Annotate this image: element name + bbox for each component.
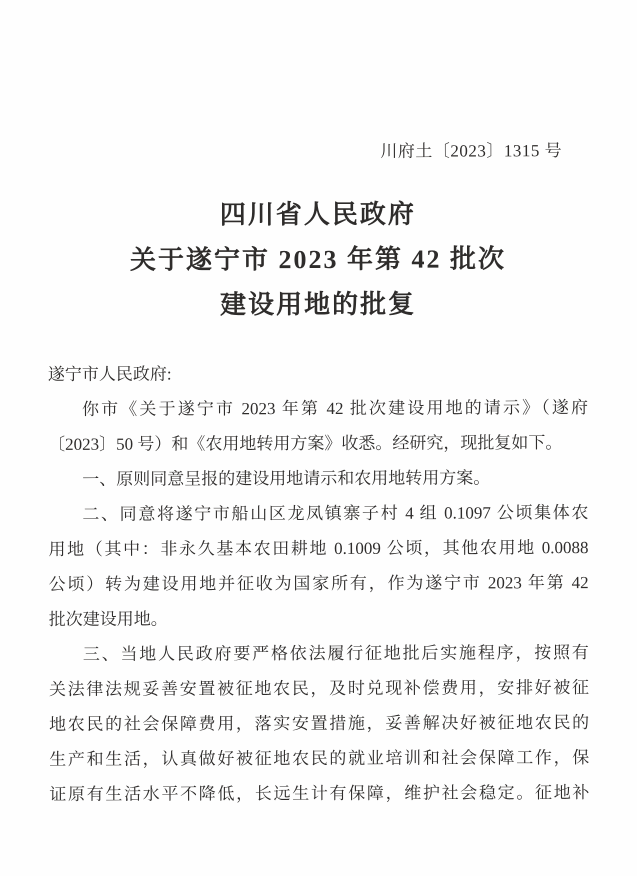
scanned-document-page: 川府土〔2023〕1315 号 四川省人民政府 关于遂宁市 2023 年第 42…: [0, 0, 637, 876]
text-line: 批次建设用地。: [49, 600, 589, 637]
text-line: 三、当地人民政府要严格依法履行征地批后实施程序，按照有: [49, 635, 589, 672]
text-line: 二、同意将遂宁市船山区龙凤镇寨子村 4 组 0.1097 公顷集体农: [48, 495, 588, 532]
paragraph-4: 三、当地人民政府要严格依法履行征地批后实施程序，按照有 关法律法规妥善安置被征地…: [49, 635, 590, 812]
paragraph-2: 一、原则同意呈报的建设用地请示和农用地转用方案。: [48, 460, 588, 497]
text-line: 〔2023〕50 号）和《农用地转用方案》收悉。经研究，现批复如下。: [48, 425, 588, 462]
text-line: 关法律法规妥善安置被征地农民，及时兑现补偿费用，安排好被征: [49, 670, 589, 707]
title-line-1: 四川省人民政府: [0, 191, 636, 238]
paragraph-1: 你市《关于遂宁市 2023 年第 42 批次建设用地的请示》（遂府 〔2023〕…: [48, 390, 588, 462]
text-line: 用地（其中：非永久基本农田耕地 0.1009 公顷，其他农用地 0.0088: [48, 530, 588, 567]
document-title: 四川省人民政府 关于遂宁市 2023 年第 42 批次 建设用地的批复: [0, 191, 637, 328]
title-line-3: 建设用地的批复: [0, 281, 637, 328]
text-line: 一、原则同意呈报的建设用地请示和农用地转用方案。: [48, 460, 588, 497]
paragraph-3: 二、同意将遂宁市船山区龙凤镇寨子村 4 组 0.1097 公顷集体农 用地（其中…: [48, 495, 588, 637]
text-line: 你市《关于遂宁市 2023 年第 42 批次建设用地的请示》（遂府: [48, 390, 588, 427]
text-line: 地农民的社会保障费用，落实安置措施，妥善解决好被征地农民的: [49, 705, 589, 742]
text-line: 证原有生活水平不降低，长远生计有保障，维护社会稳定。征地补: [49, 775, 589, 812]
salutation: 遂宁市人民政府:: [48, 355, 588, 392]
text-line: 生产和生活，认真做好被征地农民的就业培训和社会保障工作，保: [49, 740, 589, 777]
text-line: 公顷）转为建设用地并征收为国家所有，作为遂宁市 2023 年第 42: [49, 565, 589, 602]
document-body: 遂宁市人民政府: 你市《关于遂宁市 2023 年第 42 批次建设用地的请示》（…: [48, 355, 590, 812]
doc-number: 川府土〔2023〕1315 号: [0, 0, 636, 165]
document-sheet: 川府土〔2023〕1315 号 四川省人民政府 关于遂宁市 2023 年第 42…: [0, 0, 637, 812]
title-line-2: 关于遂宁市 2023 年第 42 批次: [0, 236, 637, 283]
